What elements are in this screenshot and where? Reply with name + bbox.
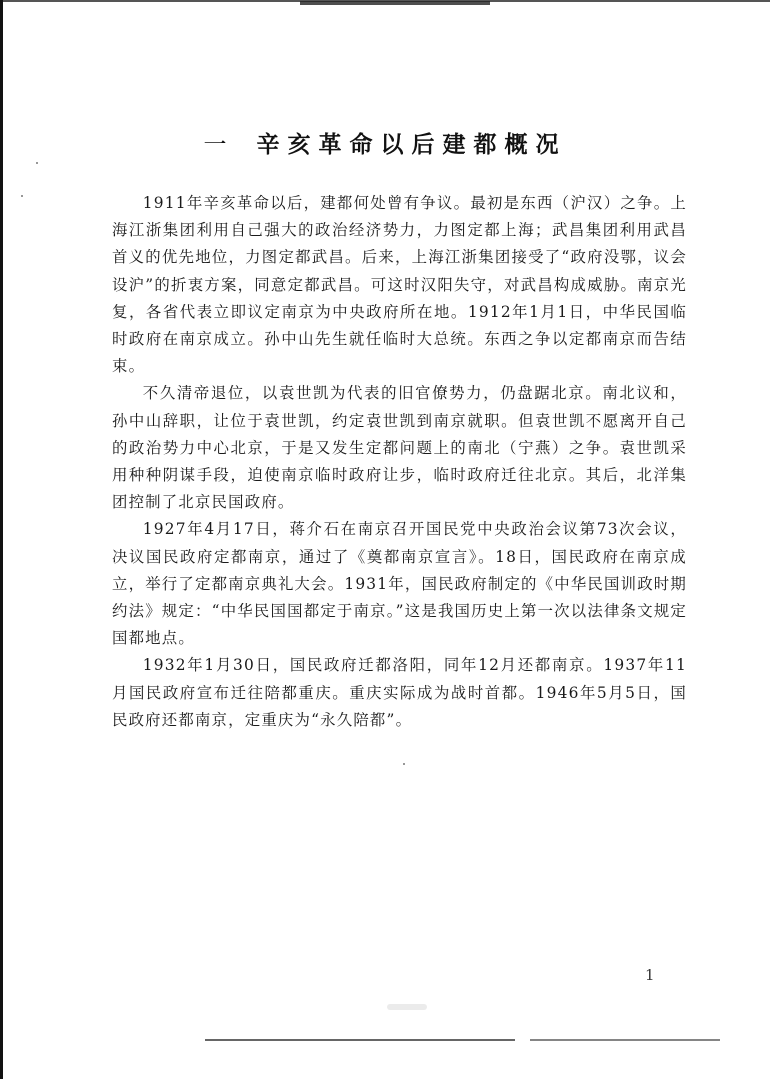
scan-edge-top-shadow [300, 1, 490, 5]
paragraph: 不久清帝退位，以袁世凯为代表的旧官僚势力，仍盘踞北京。南北议和，孙中山辞职，让位… [112, 380, 687, 516]
body-text: 1911年辛亥革命以后，建都何处曾有争议。最初是东西（沪汉）之争。上海江浙集团利… [112, 190, 687, 734]
paragraph: 1932年1月30日，国民政府迁都洛阳，同年12月还都南京。1937年11月国民… [112, 652, 687, 734]
scan-speck [21, 195, 23, 197]
scan-rule-bottom-left [205, 1039, 515, 1041]
scan-edge-left [0, 0, 3, 1079]
scan-rule-bottom-right [530, 1039, 720, 1041]
scan-smudge [387, 1004, 427, 1010]
chapter-number: 一 [204, 132, 235, 158]
chapter-heading: 一辛亥革命以后建都概况 [0, 126, 770, 159]
paragraph: 1911年辛亥革命以后，建都何处曾有争议。最初是东西（沪汉）之争。上海江浙集团利… [112, 190, 687, 380]
page-number: 1 [645, 966, 655, 984]
chapter-title: 辛亥革命以后建都概况 [257, 132, 567, 158]
scan-speck [36, 162, 38, 164]
paragraph: 1927年4月17日，蒋介石在南京召开国民党中央政治会议第73次会议，决议国民政… [112, 516, 687, 652]
scan-speck [403, 763, 405, 765]
